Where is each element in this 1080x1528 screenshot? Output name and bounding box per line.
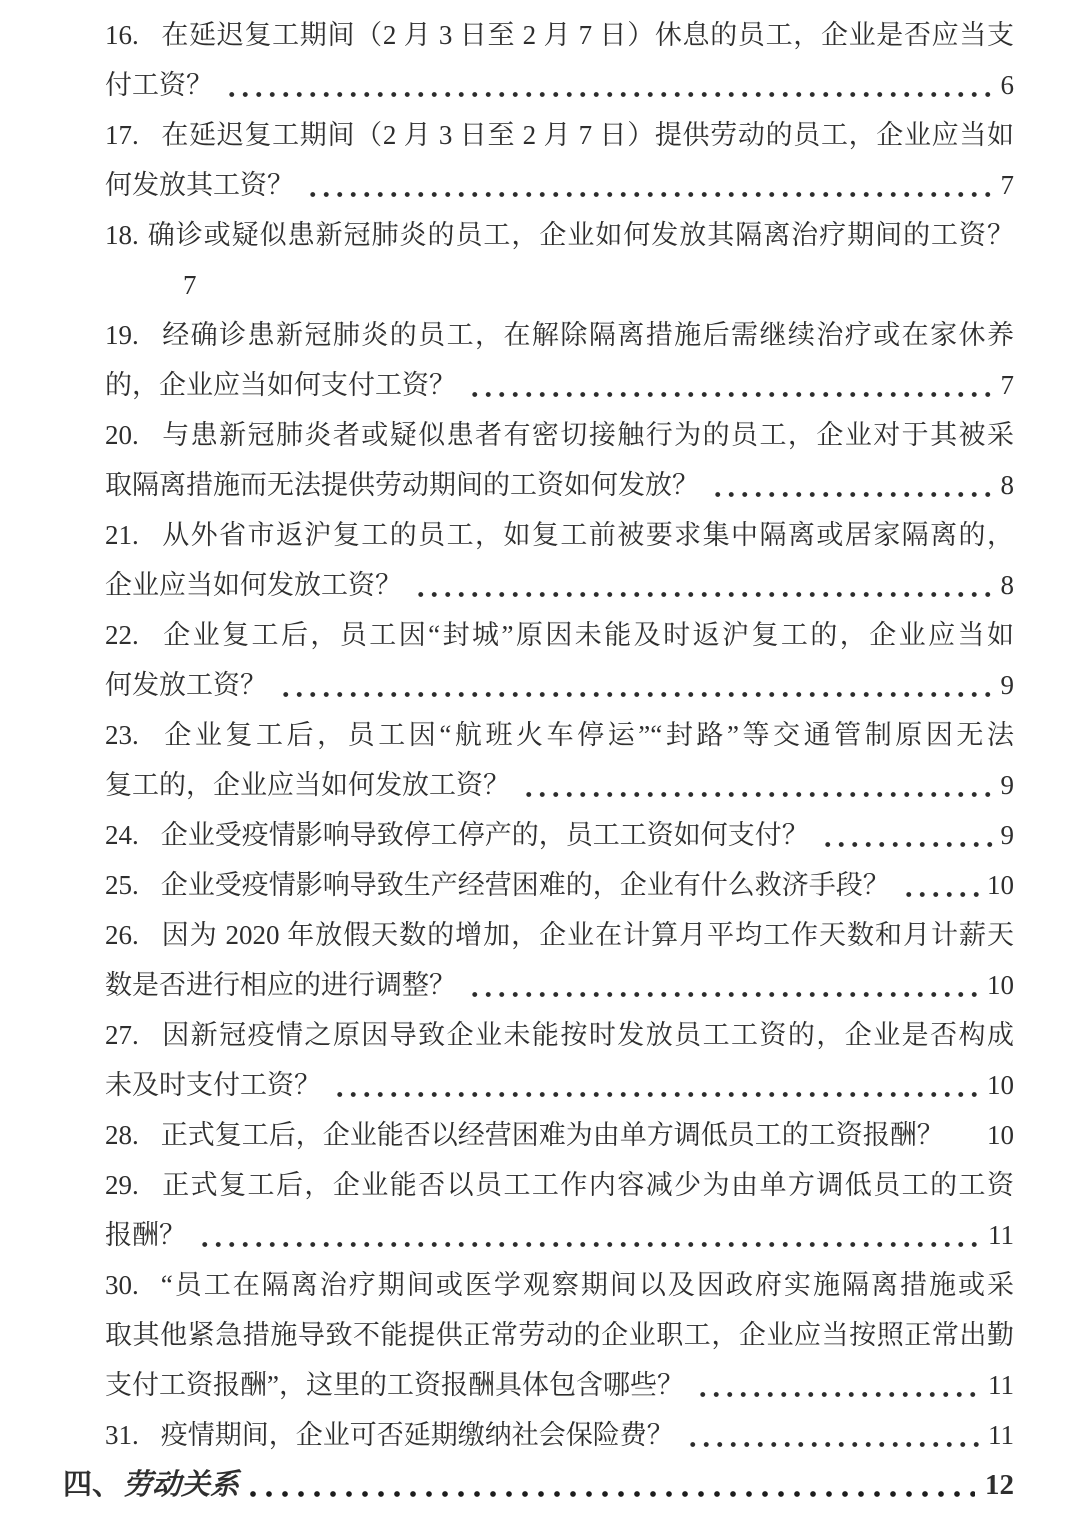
dot-leader [522, 760, 995, 810]
entry-text: 与患新冠肺炎者或疑似患者有密切接触行为的员工，企业对于其被采 [161, 420, 1014, 450]
toc-line[interactable]: 未及时支付工资？10 [105, 1060, 1014, 1110]
entry-number: 22. [105, 610, 139, 660]
toc-line[interactable]: 18.确诊或疑似患新冠肺炎的员工，企业如何发放其隔离治疗期间的工资？ [105, 210, 1014, 260]
toc-entry-21: 21.从外省市返沪复工的员工，如复工前被要求集中隔离或居家隔离的，企业应当如何发… [105, 510, 1014, 610]
toc-line[interactable]: 取其他紧急措施导致不能提供正常劳动的企业职工，企业应当按照正常出勤 [105, 1310, 1014, 1360]
entry-text: 企业受疫情影响导致停工停产的，员工工资如何支付？ [161, 810, 809, 860]
page-number: 9 [1001, 810, 1015, 860]
toc-entry-24: 24.企业受疫情影响导致停工停产的，员工工资如何支付？9 [105, 810, 1014, 860]
entry-text: 疫情期间，企业可否延期缴纳社会保险费？ [161, 1410, 674, 1460]
toc-page: 16.在延迟复工期间（2 月 3 日至 2 月 7 日）休息的员工，企业是否应当… [0, 0, 1080, 1528]
entry-number: 18. [105, 210, 139, 260]
entry-text: 企业受疫情影响导致生产经营困难的，企业有什么救济手段？ [161, 860, 890, 910]
toc-line[interactable]: 31.疫情期间，企业可否延期缴纳社会保险费？11 [105, 1410, 1014, 1460]
entry-text: 从外省市返沪复工的员工，如复工前被要求集中隔离或居家隔离的， [161, 520, 1014, 550]
page-number: 7 [1001, 360, 1015, 410]
page-number: 7 [183, 270, 197, 300]
page-number: 7 [1001, 160, 1015, 210]
toc-entry-18: 18.确诊或疑似患新冠肺炎的员工，企业如何发放其隔离治疗期间的工资？7 [105, 210, 1014, 310]
page-number: 8 [1001, 560, 1015, 610]
toc-line[interactable]: 支付工资报酬”，这里的工资报酬具体包含哪些？11 [105, 1360, 1014, 1410]
entry-number: 30. [105, 1260, 139, 1310]
entry-text: 报酬？ [105, 1210, 186, 1260]
dot-leader [198, 1210, 982, 1260]
toc-entry-22: 22.企业复工后，员工因“封城”原因未能及时返沪复工的，企业应当如何发放工资？9 [105, 610, 1014, 710]
dot-leader [225, 60, 995, 110]
entry-text: 数是否进行相应的进行调整？ [105, 960, 456, 1010]
entry-text: 付工资？ [105, 60, 213, 110]
dot-leader [245, 1460, 975, 1510]
page-number: 12 [985, 1460, 1014, 1510]
toc-line[interactable]: 16.在延迟复工期间（2 月 3 日至 2 月 7 日）休息的员工，企业是否应当… [105, 10, 1014, 60]
toc-line[interactable]: 20.与患新冠肺炎者或疑似患者有密切接触行为的员工，企业对于其被采 [105, 410, 1014, 460]
page-number: 11 [988, 1360, 1014, 1410]
dot-leader [696, 1360, 982, 1410]
dot-leader [821, 810, 995, 860]
entry-text: 因新冠疫情之原因导致企业未能按时发放员工工资的，企业是否构成 [161, 1020, 1014, 1050]
dot-leader [333, 1060, 981, 1110]
entry-text: 未及时支付工资？ [105, 1060, 321, 1110]
toc-line[interactable]: 26.因为 2020 年放假天数的增加，企业在计算月平均工作天数和月计薪天 [105, 910, 1014, 960]
entry-number: 31. [105, 1410, 139, 1460]
entry-text: 取其他紧急措施导致不能提供正常劳动的企业职工，企业应当按照正常出勤 [105, 1320, 1014, 1350]
page-number: 10 [987, 960, 1014, 1010]
page-number: 11 [988, 1410, 1014, 1460]
blank-leader [956, 1110, 981, 1160]
toc-entry-20: 20.与患新冠肺炎者或疑似患者有密切接触行为的员工，企业对于其被采取隔离措施而无… [105, 410, 1014, 510]
toc-line[interactable]: 27.因新冠疫情之原因导致企业未能按时发放员工工资的，企业是否构成 [105, 1010, 1014, 1060]
toc-line[interactable]: 30.“员工在隔离治疗期间或医学观察期间以及因政府实施隔离措施或采 [105, 1260, 1014, 1310]
dot-leader [468, 960, 981, 1010]
page-number: 6 [1001, 60, 1015, 110]
section-number: 四、 [63, 1460, 121, 1510]
entry-text: 企业复工后，员工因“航班火车停运”“封路”等交通管制原因无法 [161, 720, 1014, 750]
dot-leader [414, 560, 995, 610]
toc-line[interactable]: 7 [105, 260, 1014, 310]
entry-number: 26. [105, 910, 139, 960]
toc-line[interactable]: 17.在延迟复工期间（2 月 3 日至 2 月 7 日）提供劳动的员工，企业应当… [105, 110, 1014, 160]
entry-number: 25. [105, 860, 139, 910]
entry-text: 复工的，企业应当如何发放工资？ [105, 760, 510, 810]
toc-line[interactable]: 取隔离措施而无法提供劳动期间的工资如何发放？8 [105, 460, 1014, 510]
dot-leader [711, 460, 995, 510]
entry-text: 何发放工资？ [105, 660, 267, 710]
toc-line[interactable]: 21.从外省市返沪复工的员工，如复工前被要求集中隔离或居家隔离的， [105, 510, 1014, 560]
entry-text: 因为 2020 年放假天数的增加，企业在计算月平均工作天数和月计薪天 [161, 920, 1014, 950]
page-number: 9 [1001, 760, 1015, 810]
toc-line[interactable]: 何发放工资？9 [105, 660, 1014, 710]
toc-line[interactable]: 23.企业复工后，员工因“航班火车停运”“封路”等交通管制原因无法 [105, 710, 1014, 760]
dot-leader [279, 660, 995, 710]
entry-number: 16. [105, 10, 139, 60]
toc-line[interactable]: 22.企业复工后，员工因“封城”原因未能及时返沪复工的，企业应当如 [105, 610, 1014, 660]
toc-entry-29: 29.正式复工后，企业能否以员工工作内容减少为由单方调低员工的工资报酬？11 [105, 1160, 1014, 1260]
toc-line[interactable]: 何发放其工资？7 [105, 160, 1014, 210]
entry-text: 经确诊患新冠肺炎的员工，在解除隔离措施后需继续治疗或在家休养 [161, 320, 1014, 350]
toc-entry-28: 28.正式复工后，企业能否以经营困难为由单方调低员工的工资报酬？10 [105, 1110, 1014, 1160]
entry-text: 企业应当如何发放工资？ [105, 560, 402, 610]
entry-text: 支付工资报酬”，这里的工资报酬具体包含哪些？ [105, 1360, 684, 1410]
entry-number: 21. [105, 510, 139, 560]
toc-entry-17: 17.在延迟复工期间（2 月 3 日至 2 月 7 日）提供劳动的员工，企业应当… [105, 110, 1014, 210]
toc-line[interactable]: 数是否进行相应的进行调整？10 [105, 960, 1014, 1010]
entry-number: 20. [105, 410, 139, 460]
toc-line[interactable]: 报酬？11 [105, 1210, 1014, 1260]
dot-leader [468, 360, 995, 410]
toc-line[interactable]: 25.企业受疫情影响导致生产经营困难的，企业有什么救济手段？10 [105, 860, 1014, 910]
toc-entry-30: 30.“员工在隔离治疗期间或医学观察期间以及因政府实施隔离措施或采取其他紧急措施… [105, 1260, 1014, 1410]
toc-entry-27: 27.因新冠疫情之原因导致企业未能按时发放员工工资的，企业是否构成未及时支付工资… [105, 1010, 1014, 1110]
entry-text: 的，企业应当如何支付工资？ [105, 360, 456, 410]
entry-text: 在延迟复工期间（2 月 3 日至 2 月 7 日）休息的员工，企业是否应当支 [161, 20, 1014, 50]
page-number: 10 [987, 1060, 1014, 1110]
toc-line[interactable]: 29.正式复工后，企业能否以员工工作内容减少为由单方调低员工的工资 [105, 1160, 1014, 1210]
page-number: 8 [1001, 460, 1015, 510]
entry-text: 在延迟复工期间（2 月 3 日至 2 月 7 日）提供劳动的员工，企业应当如 [161, 120, 1014, 150]
toc-list: 16.在延迟复工期间（2 月 3 日至 2 月 7 日）休息的员工，企业是否应当… [105, 10, 1014, 1460]
toc-line[interactable]: 19.经确诊患新冠肺炎的员工，在解除隔离措施后需继续治疗或在家休养 [105, 310, 1014, 360]
entry-number: 27. [105, 1010, 139, 1060]
entry-text: 何发放其工资？ [105, 160, 294, 210]
dot-leader [686, 1410, 982, 1460]
toc-line[interactable]: 付工资？6 [105, 60, 1014, 110]
entry-number: 28. [105, 1110, 139, 1160]
toc-line[interactable]: 复工的，企业应当如何发放工资？9 [105, 760, 1014, 810]
entry-text: 取隔离措施而无法提供劳动期间的工资如何发放？ [105, 460, 699, 510]
entry-number: 17. [105, 110, 139, 160]
toc-line[interactable]: 企业应当如何发放工资？8 [105, 560, 1014, 610]
entry-number: 23. [105, 710, 139, 760]
section-title: 劳动关系 [123, 1460, 239, 1510]
page-number: 10 [987, 860, 1014, 910]
entry-number: 29. [105, 1160, 139, 1210]
entry-number: 19. [105, 310, 139, 360]
dot-leader [306, 160, 995, 210]
toc-entry-31: 31.疫情期间，企业可否延期缴纳社会保险费？11 [105, 1410, 1014, 1460]
entry-number: 24. [105, 810, 139, 860]
page-number: 9 [1001, 660, 1015, 710]
toc-line[interactable]: 28.正式复工后，企业能否以经营困难为由单方调低员工的工资报酬？10 [105, 1110, 1014, 1160]
toc-entry-19: 19.经确诊患新冠肺炎的员工，在解除隔离措施后需继续治疗或在家休养的，企业应当如… [105, 310, 1014, 410]
toc-entry-26: 26.因为 2020 年放假天数的增加，企业在计算月平均工作天数和月计薪天数是否… [105, 910, 1014, 1010]
entry-text: 确诊或疑似患新冠肺炎的员工，企业如何发放其隔离治疗期间的工资？ [147, 220, 1014, 250]
entry-text: 企业复工后，员工因“封城”原因未能及时返沪复工的，企业应当如 [161, 620, 1014, 650]
toc-line[interactable]: 的，企业应当如何支付工资？7 [105, 360, 1014, 410]
entry-text: 正式复工后，企业能否以经营困难为由单方调低员工的工资报酬？ [161, 1110, 944, 1160]
toc-entry-25: 25.企业受疫情影响导致生产经营困难的，企业有什么救济手段？10 [105, 860, 1014, 910]
page-number: 10 [987, 1110, 1014, 1160]
toc-section-heading-labor-relations[interactable]: 四、劳动关系 12 [63, 1460, 1014, 1510]
toc-entry-23: 23.企业复工后，员工因“航班火车停运”“封路”等交通管制原因无法复工的，企业应… [105, 710, 1014, 810]
page-number: 11 [988, 1210, 1014, 1260]
entry-text: 正式复工后，企业能否以员工工作内容减少为由单方调低员工的工资 [161, 1170, 1014, 1200]
entry-text: “员工在隔离治疗期间或医学观察期间以及因政府实施隔离措施或采 [161, 1270, 1014, 1300]
dot-leader [902, 860, 981, 910]
toc-line[interactable]: 24.企业受疫情影响导致停工停产的，员工工资如何支付？9 [105, 810, 1014, 860]
toc-entry-16: 16.在延迟复工期间（2 月 3 日至 2 月 7 日）休息的员工，企业是否应当… [105, 10, 1014, 110]
